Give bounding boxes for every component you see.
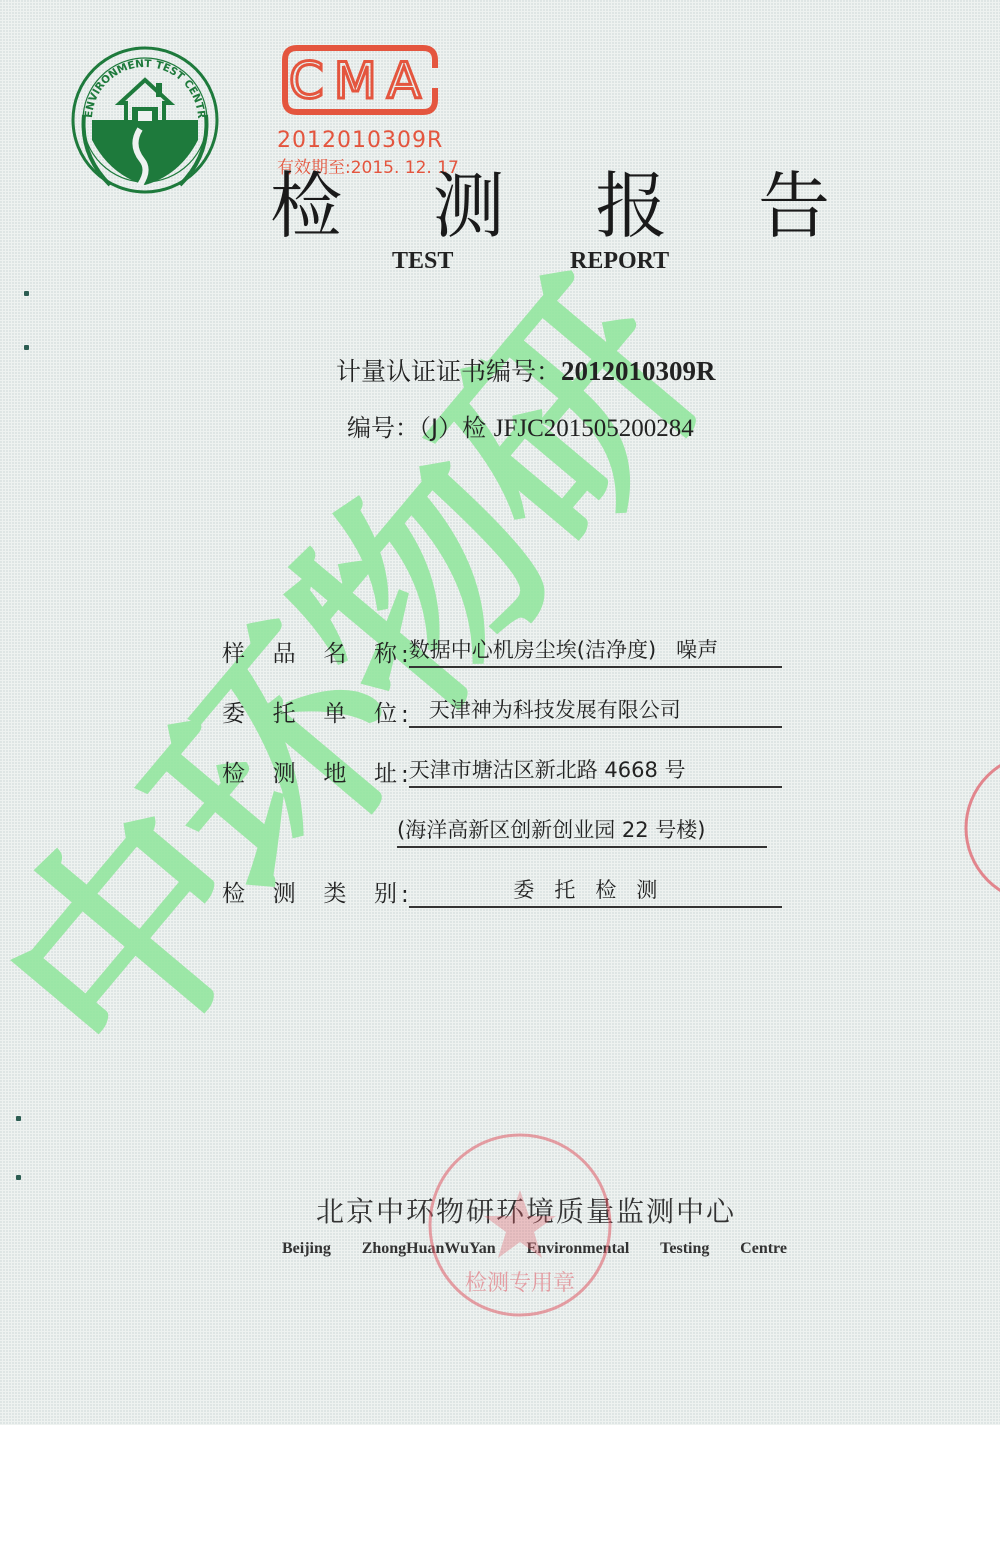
title-char: 报 [595,148,667,252]
report-number-line: 编号：（J）检 JFJC201505200284 [347,408,694,443]
partial-red-seal-icon [960,748,1000,908]
svg-text:CMA: CMA [289,52,431,110]
field-value: 天津市塘沽区新北路 4668 号 [409,754,782,788]
field-sample-name: 样 品 名 称 : 数据中心机房尘埃(洁净度) 噪声 [222,632,782,668]
title-char: 测 [433,148,505,252]
field-label: 委 托 单 位 [222,695,401,728]
report-title-chinese: 检 测 报 告 [270,148,830,252]
cma-certification-mark-icon: CMA [275,40,445,120]
official-red-seal-icon: 检测专用章 [425,1130,615,1320]
title-char: 检 [270,148,342,252]
environment-test-centre-logo-icon: ENVIRONMENT TEST CENTRE [70,45,220,195]
binder-hole-mark [16,1175,21,1180]
field-value: 委托检测 [409,874,782,908]
certification-value: 2012010309R [561,356,716,386]
field-client: 委 托 单 位 : 天津神为科技发展有限公司 [222,692,782,728]
field-label: 检 测 类 别 [222,875,401,908]
certification-number-line: 计量认证证书编号：2012010309R [336,352,716,388]
report-number-label: 编号：（J）检 [347,414,494,442]
binder-hole-mark [24,291,29,296]
report-title-english-report: REPORT [570,248,669,275]
field-test-type: 检 测 类 别 : 委托检测 [222,872,782,908]
field-test-address: 检 测 地 址 : 天津市塘沽区新北路 4668 号 [222,752,782,788]
report-number-value: JFJC201505200284 [494,415,694,442]
svg-text:检测专用章: 检测专用章 [465,1271,575,1296]
report-title-english-test: TEST [392,248,453,275]
title-char: 告 [758,148,830,252]
field-value: 数据中心机房尘埃(洁净度) 噪声 [409,634,782,668]
binder-hole-mark [24,345,29,350]
field-value: (海洋高新区创新创业园 22 号楼) [397,814,767,848]
certification-label: 计量认证证书编号： [336,357,561,386]
field-test-address-line2: (海洋高新区创新创业园 22 号楼) [397,812,767,848]
field-label: 检 测 地 址 [222,755,401,788]
binder-hole-mark [16,1116,21,1121]
field-label: 样 品 名 称 [222,635,401,668]
field-value: 天津神为科技发展有限公司 [409,694,782,728]
